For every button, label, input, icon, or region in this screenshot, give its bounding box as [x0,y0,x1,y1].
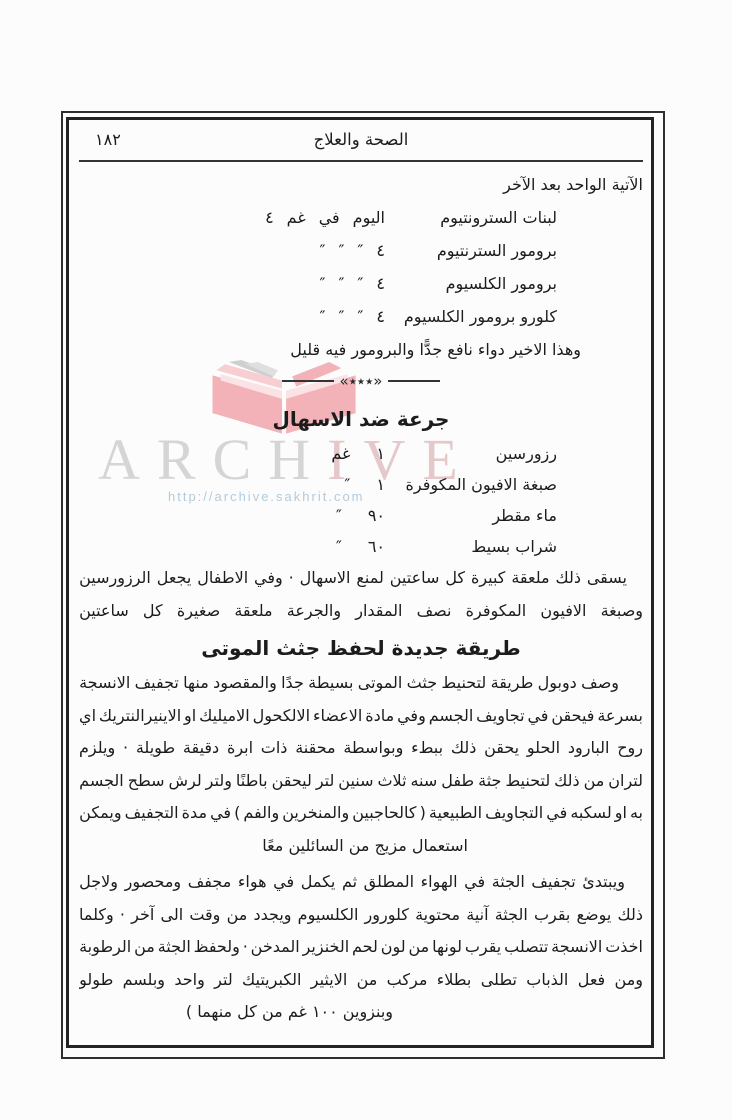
dose-token: ٩٠ [368,500,385,531]
divider-stars: «٭٭٭» [340,374,383,389]
book-page-scan: ARCHIVE http://archive.sakhrit.com ١٨٢ ا… [0,0,732,1120]
dose-amount: ″ ٩٠ [229,500,385,531]
dose-token: في [319,201,340,234]
dose-name: برومور السترنتيوم [437,234,557,267]
continuation-line: الآتية الواحد بعد الآخر [79,168,643,201]
dose-token: ١ [376,438,385,469]
dose-token: ″ [357,300,363,333]
dose-token: ″ [319,300,325,333]
dose-token: ″ [336,500,342,531]
paragraph-line: ويبتدئتجفيفالجثةفيالهواءالمطلقثميكملفيهو… [79,866,643,899]
dose-name: ماء مقطر [492,500,557,531]
dose-token: ٤ [376,234,385,267]
dose-row: رزورسين غم ١ [79,438,643,469]
paragraph-line: ومنفعلالذبابتطلىبطلاءمركبمنالايثيرالكبري… [79,964,643,997]
section-heading-embalming: طريقة جديدة لحفظ جثث الموتى [79,637,643,659]
dose-token: ″ [357,267,363,300]
dose-row: برومور السترنتيوم ″ ″ ″ ٤ [79,234,643,267]
page-content: ١٨٢ الصحة والعلاج الآتية الواحد بعد الآخ… [69,120,651,1045]
dose-amount: ″ ″ ″ ٤ [229,267,385,300]
dose-token: ٦٠ [368,531,385,562]
dose-token: ٤ [376,300,385,333]
page-number: ١٨٢ [95,130,121,149]
paragraph-line: بسرعةفيحقنفيتجاويفالجسموفيمادةالاعضاءالا… [79,700,643,733]
dose-row: برومور الكلسيوم ″ ″ ″ ٤ [79,267,643,300]
dose-amount: ″ ١ [229,469,385,500]
dose-name: صبغة الافيون المكوفرة [406,469,557,500]
paragraph-line: وبنزوين ١٠٠ غم من كل منهما ) [79,996,393,1029]
paragraph-line: يسقىذلكملعقةكبيرةكلساعتينلمنعالاسهال·وفي… [79,562,643,595]
dose-amount: غم ١ [229,438,385,469]
dose-name: رزورسين [496,438,557,469]
page-inner-border: ١٨٢ الصحة والعلاج الآتية الواحد بعد الآخ… [66,117,654,1048]
dose-amount: ″ ″ ″ ٤ [229,234,385,267]
dose-row: كلورو برومور الكلسيوم ″ ″ ″ ٤ [79,300,643,333]
dosage-note: وهذا الاخير دواء نافع جدًّا والبرومور في… [79,333,643,366]
dose-token: غم [331,438,350,469]
dose-row: صبغة الافيون المكوفرة ″ ١ [79,469,643,500]
dose-token: ″ [319,267,325,300]
dose-token: ″ [336,531,342,562]
dose-amount: ″ ٦٠ [229,531,385,562]
dose-name: شراب بسيط [471,531,557,562]
dose-name: كلورو برومور الكلسيوم [404,300,557,333]
dose-row: لبنات السترونتيوم ٤ غم في اليوم [79,201,643,234]
embalming-paragraph-2: ويبتدئتجفيفالجثةفيالهواءالمطلقثميكملفيهو… [79,866,643,1029]
paragraph-line: وصفدوبولطريقةلتحنيطجثثالموتىبسيطةجدًاوال… [79,667,643,700]
diarrhea-dose-list: رزورسين غم ١ صبغة الافيون المكوفرة ″ ١ [79,438,643,562]
dose-token: ″ [319,234,325,267]
paragraph-line: استعمال مزيج من السائلين معًا [79,830,468,863]
dose-token: اليوم [353,201,385,234]
divider-rule [388,380,440,382]
dose-token: ″ [338,300,344,333]
dose-token: ١ [376,469,385,500]
diarrhea-instructions: يسقىذلكملعقةكبيرةكلساعتينلمنعالاسهال·وفي… [79,562,643,627]
dosage-note-text: وهذا الاخير دواء نافع جدًّا والبرومور في… [290,333,581,366]
dose-token: ٤ [265,201,274,234]
section-heading-diarrhea: جرعة ضد الاسهال [79,408,643,430]
paragraph-line: لترانمنذلكلتحنيطجثةطفلسنهثلاثسنينلترليحق… [79,765,643,798]
divider-rule [282,380,334,382]
dose-amount: ٤ غم في اليوم [229,201,385,234]
paragraph-line: وصبغةالافيونالمكوفرةنصفالمقداروالجرعةملع… [79,595,643,628]
dose-name: لبنات السترونتيوم [440,201,557,234]
dose-row: شراب بسيط ″ ٦٠ [79,531,643,562]
body-text: الآتية الواحد بعد الآخر لبنات السترونتيو… [79,168,643,1029]
paragraph-line: اخذتالانسجةتتصلبيقربلونهامنلونلحمالخنزير… [79,931,643,964]
paragraph-line: ذلكيوضعبقربالجثةآنيةمحتويةكلورورالكلسيوم… [79,899,643,932]
dose-row: ماء مقطر ″ ٩٠ [79,500,643,531]
daily-dose-list: لبنات السترونتيوم ٤ غم في اليوم برومور ا… [79,201,643,333]
dose-token: ″ [338,267,344,300]
paragraph-line: روحالبارودالحلويحقنذلكببطءوبواسطةمحقنةذا… [79,732,643,765]
page-header: ١٨٢ الصحة والعلاج [79,120,643,162]
dose-token: ″ [357,234,363,267]
embalming-paragraph-1: وصفدوبولطريقةلتحنيطجثثالموتىبسيطةجدًاوال… [79,667,643,862]
dose-token: غم [287,201,306,234]
section-divider-ornament: «٭٭٭» [79,366,643,396]
dose-token: ٤ [376,267,385,300]
dose-amount: ″ ″ ″ ٤ [229,300,385,333]
dose-token: ″ [344,469,350,500]
journal-title: الصحة والعلاج [79,120,643,149]
dose-name: برومور الكلسيوم [446,267,557,300]
paragraph-line: بهاولسكبهفيالتجاويفالطبيعية(كالحاجبينوال… [79,797,643,830]
dose-token: ″ [338,234,344,267]
